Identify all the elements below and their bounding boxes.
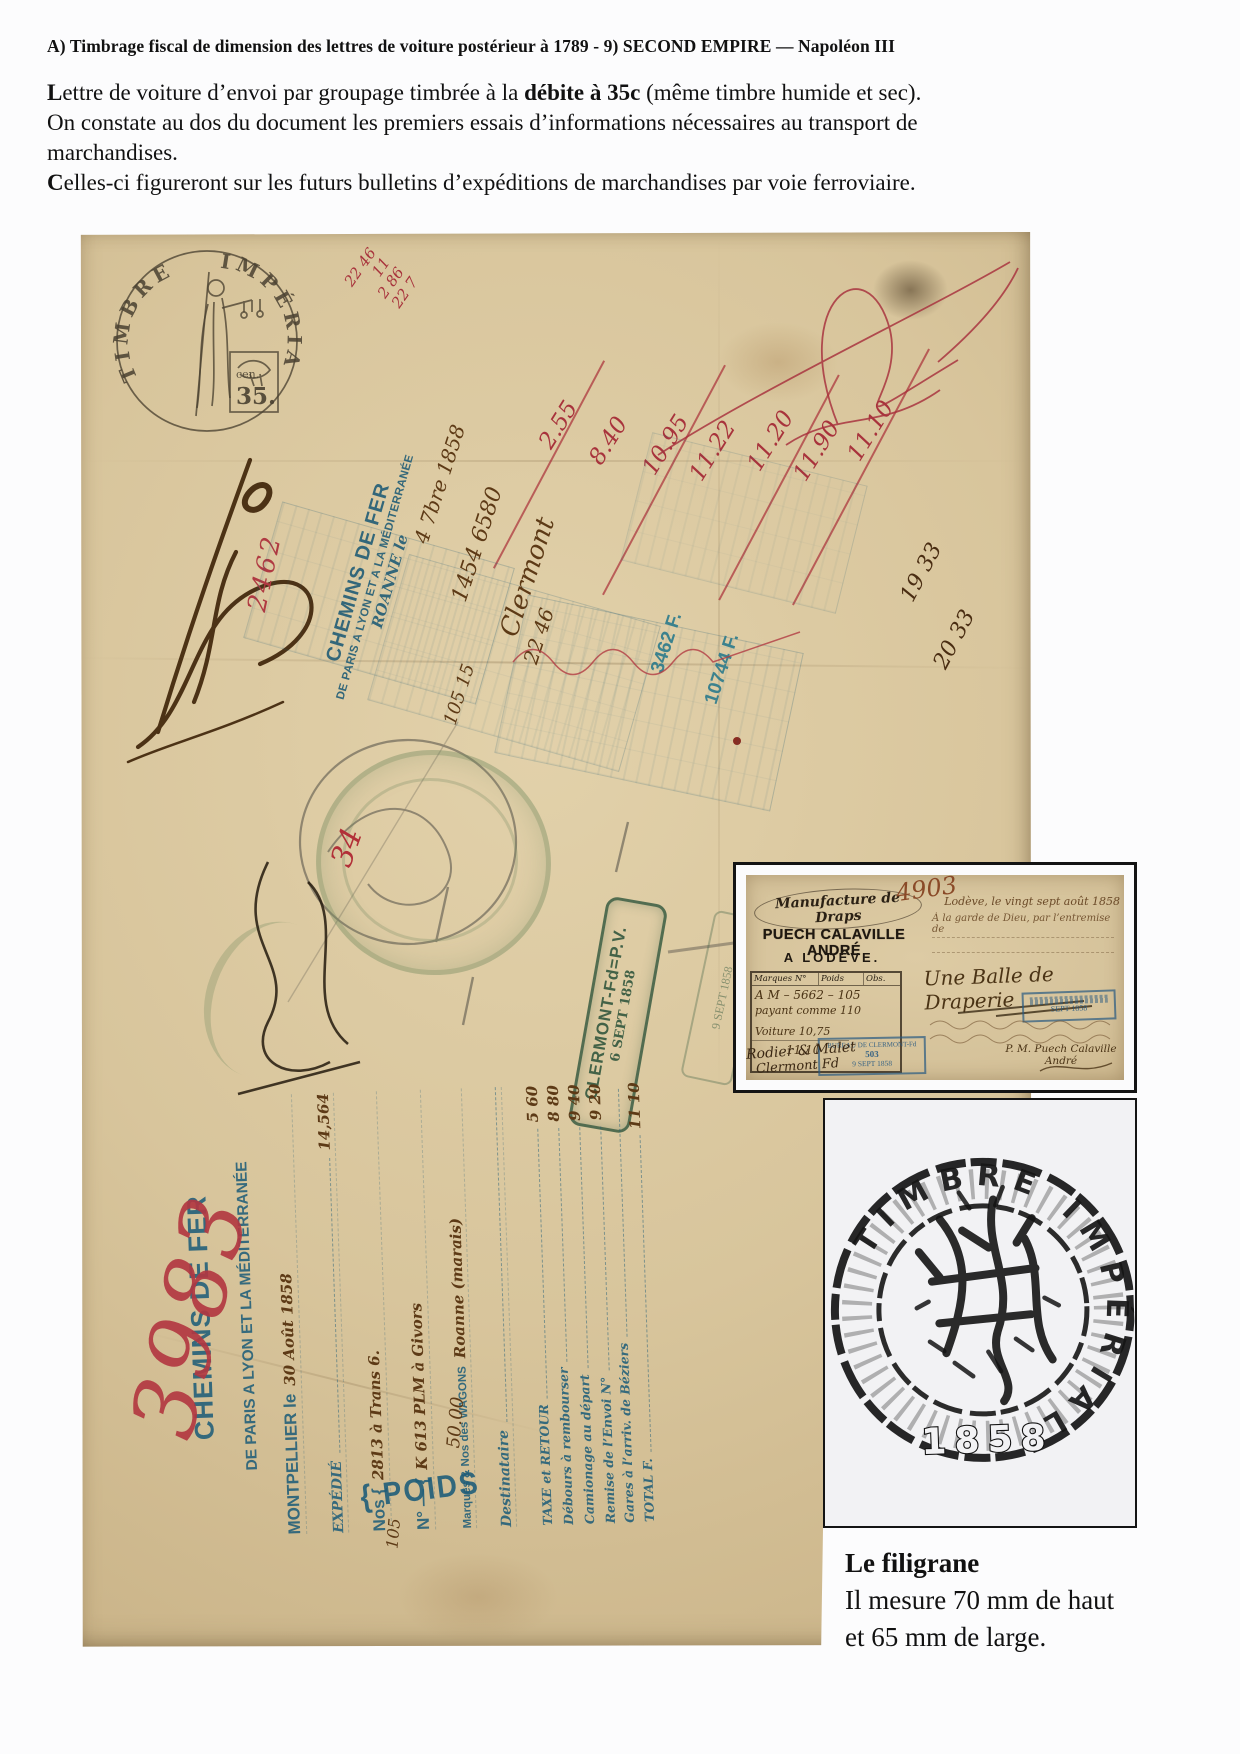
intro-line-2: On constate au dos du document les premi… [47,108,1047,168]
caption-line-2: et 65 mm de large. [845,1619,1175,1656]
red-squiggle-line [508,622,808,682]
railway-stamp-lower: CHEMINS DE FER DE PARIS A LYON ET LA MÉD… [185,1090,650,1530]
dark-amount: 19 33 [896,539,948,606]
stamp-cen-label: cen. [236,368,259,381]
inset-document-scan: Manufacture de Draps PUECH CALAVILLE AND… [746,875,1124,1080]
nos-hw: 2813 à Trans 6. [364,1350,387,1480]
inset-document-frame: Manufacture de Draps PUECH CALAVILLE AND… [733,862,1137,1093]
inset-place: A LODÈVE. [770,950,894,965]
inset-rule [932,952,1114,953]
dark-amount: 20 33 [929,606,981,673]
station-label: MONTPELLIER le [280,1393,305,1534]
destinataire-label: Destinataire [495,1430,514,1528]
inset-rule [932,937,1114,938]
n-hw: K 613 PLM à Givors [406,1303,430,1470]
stamp-arc-left: TIMBRE [112,257,177,386]
inset-date-hw: Lodève, le vingt sept août 1858 [944,895,1120,908]
caption-title: Le filigrane [845,1545,1175,1582]
page-root: A) Timbrage fiscal de dimension des lett… [0,0,1240,1754]
intro-line-3: Celles-ci figureront sur les futurs bull… [47,168,1047,198]
inset-signature-flourish [1036,1057,1116,1077]
marques-hw: Roanne (marais) [446,1218,469,1359]
page-title: A) Timbrage fiscal de dimension des lett… [47,36,1197,57]
expedie-label: EXPÉDIÉ [328,1461,347,1534]
intro-paragraphs: Lettre de voiture d’envoi par groupage t… [47,78,1047,198]
filigrane-image: TIMBRE IMPÉRIAL 1858 [823,1098,1137,1528]
intro-line-1: Lettre de voiture d’envoi par groupage t… [47,78,1047,108]
inset-table-row: payant comme 110 [752,1004,900,1017]
filigrane-year: 1858 [921,1418,1055,1464]
red-small-figures: 22 46 11 2 86 22 7 [341,245,421,319]
black-ink-flourish [208,822,408,1122]
paper-stain [398,1552,558,1642]
poids-hw-5000: 50.00 [443,1396,468,1449]
fees-block: TAXE et RETOUR5 60 Débours à rembourser8… [522,1082,657,1526]
inset-table-row: A M – 5662 – 105 [752,986,900,1004]
filigrane-caption: Le filigrane Il mesure 70 mm de haut et … [845,1545,1175,1656]
station-date-hw: 30 Août 1858 [277,1273,299,1386]
red-amount: 2.55 [534,396,583,453]
expedie-hw: 14,564 [313,1093,333,1151]
inset-consign-hw: À la garde de Dieu, par l’entremise de [932,913,1122,935]
caption-line-1: Il mesure 70 mm de haut [845,1582,1175,1619]
inset-table-row: Voiture 10,75 [752,1017,900,1038]
poids-hw-105: 105 [382,1517,404,1549]
